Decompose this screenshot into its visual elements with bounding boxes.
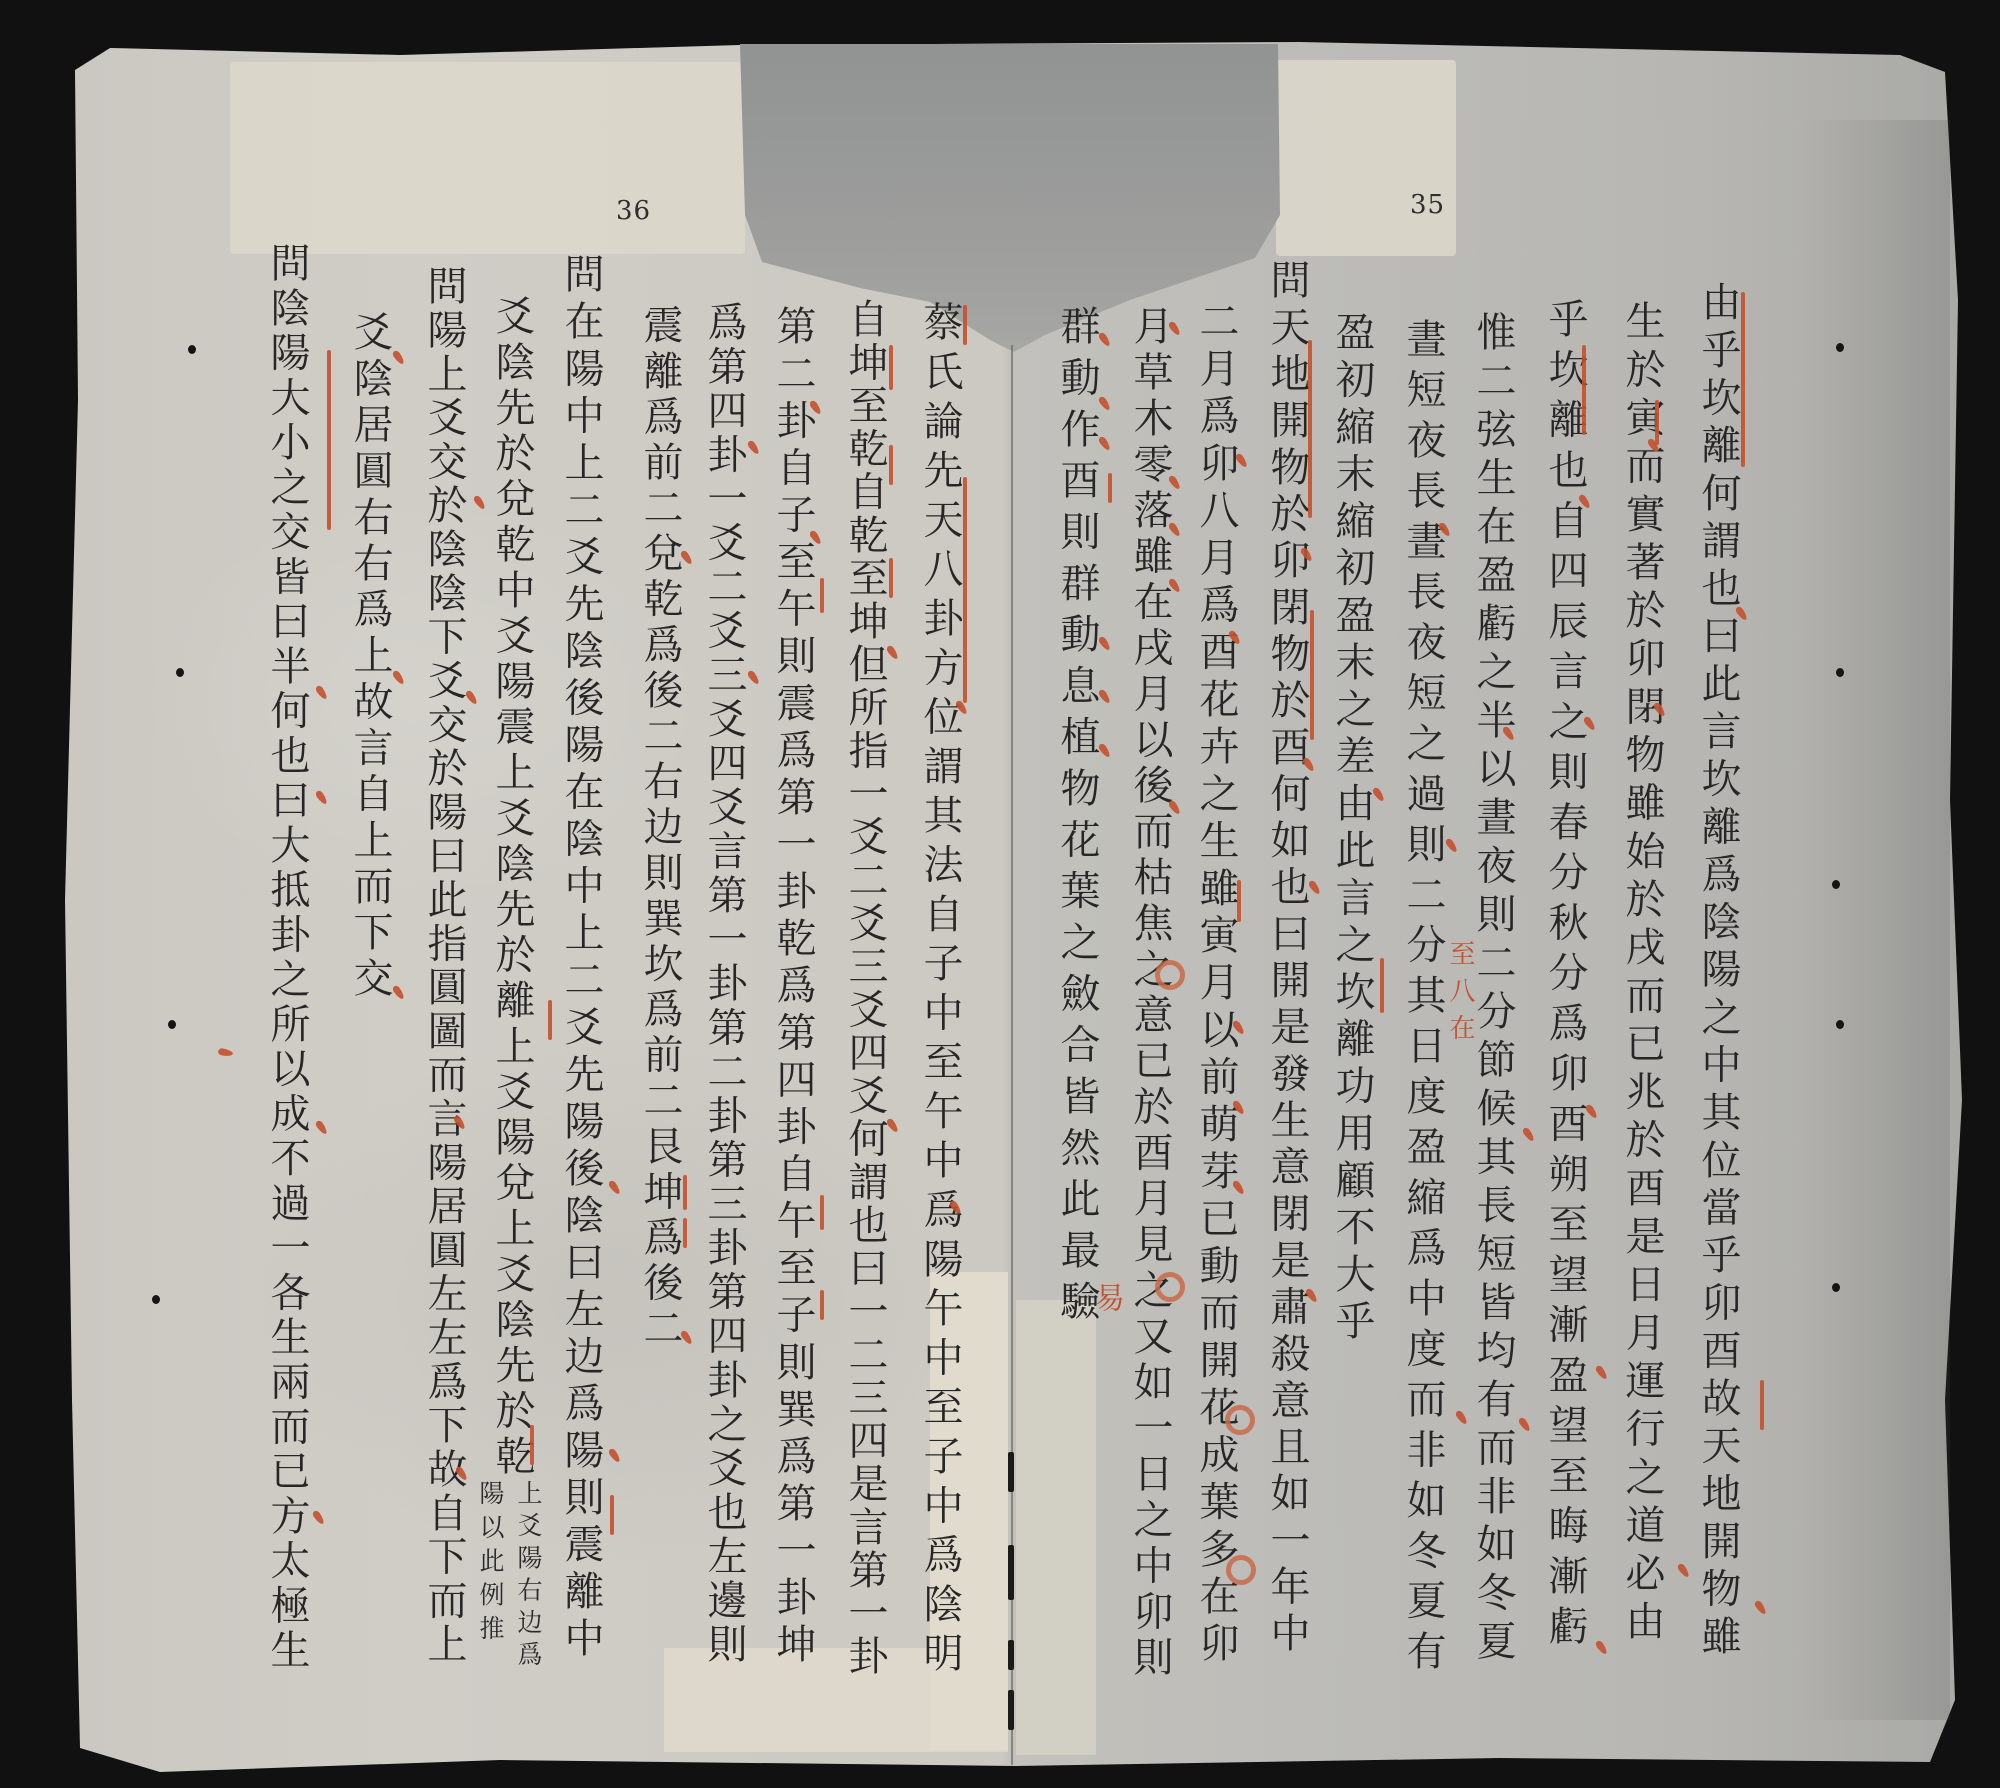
red-proper-noun-mark bbox=[548, 1000, 552, 1040]
red-proper-noun-mark bbox=[610, 1495, 614, 1535]
binding-hole bbox=[152, 1295, 160, 1304]
red-marginal-note: 易 bbox=[1092, 1282, 1120, 1312]
repair-patch-bottom-fold-right bbox=[1016, 1300, 1096, 1755]
red-proper-noun-mark bbox=[820, 578, 824, 613]
binding-hole bbox=[1832, 880, 1840, 889]
red-proper-noun-mark bbox=[683, 1218, 687, 1248]
interlinear-note-right: 上爻陽右边爲 bbox=[515, 1480, 541, 1666]
text-column: 二月爲卯八月爲酉花卉之生雖寅月以前萌芽已動而開花成葉多在卯 bbox=[1195, 300, 1237, 1662]
text-column: 月草木零落雖在戌月以後而枯焦之意已於酉月見之又如一日之中卯則 bbox=[1129, 305, 1171, 1676]
red-proper-noun-mark bbox=[820, 1290, 824, 1320]
red-proper-noun-mark bbox=[889, 345, 893, 390]
text-column: 爻陰居圓右右爲上故言自上而下交 bbox=[349, 311, 391, 997]
text-column: 盈初縮末縮初盈末之差由此言之坎離功用顧不大乎 bbox=[1331, 311, 1373, 1340]
repair-patch-top-right bbox=[1276, 60, 1456, 256]
page-number-right: 35 bbox=[1410, 190, 1445, 220]
text-column: 生於寅而實著於卯閉物雖始於戌而已兆於酉是日月運行之道必由 bbox=[1621, 300, 1663, 1640]
question-column: 問陰陽大小之交皆曰半何也曰大抵卦之所以成不過一各生兩而已方太極生 bbox=[266, 242, 308, 1669]
red-proper-noun-mark bbox=[1582, 345, 1586, 435]
red-proper-noun-mark bbox=[889, 558, 893, 598]
text-column: 震離爲前二兌乾爲後二右边則巽坎爲前二艮坤爲後二 bbox=[639, 304, 681, 1347]
red-proper-noun-mark bbox=[1655, 400, 1659, 445]
stitch-mark bbox=[1008, 1640, 1014, 1670]
red-proper-noun-mark bbox=[963, 477, 967, 703]
text-column: 第二卦自子至午則震爲第一卦乾爲第四卦自午至子則巽爲第一卦坤 bbox=[772, 305, 814, 1663]
red-circle-mark bbox=[1226, 1555, 1256, 1585]
binding-hole bbox=[1836, 1020, 1844, 1029]
question-column: 問天地開物於卯閉物於酉何如也曰開是發生意閉是肅殺意且如一年中 bbox=[1266, 259, 1308, 1652]
binding-hole bbox=[188, 345, 196, 354]
text-column: 蔡氏論先天八卦方位謂其法自子中至午中爲陽午中至子中爲陰明 bbox=[919, 301, 961, 1672]
text-column: 爲第四卦一爻二爻三爻四爻言第一卦第二卦第三卦第四卦之爻也左邊則 bbox=[703, 301, 745, 1663]
red-proper-noun-mark bbox=[530, 1425, 534, 1465]
red-proper-noun-mark bbox=[963, 305, 967, 345]
text-column: 晝短夜長晝長夜短之過則二分其日度盈縮爲中度而非如冬夏有 bbox=[1402, 318, 1444, 1670]
question-column: 問陽上爻交於陰陰下爻交於陽曰此指圓圖而言陽居圓左左爲下故自下而上 bbox=[423, 265, 465, 1663]
red-proper-noun-mark bbox=[1310, 610, 1314, 740]
stitch-mark bbox=[1008, 1690, 1014, 1730]
red-proper-noun-mark bbox=[1108, 473, 1112, 503]
red-circle-mark bbox=[1155, 960, 1185, 990]
red-circle-mark bbox=[1155, 1272, 1185, 1302]
red-proper-noun-mark bbox=[1380, 958, 1384, 1013]
text-column: 爻陰先於兌乾中爻陽震上爻陰先於離上爻陽兌上爻陰先於乾 bbox=[491, 295, 533, 1475]
page-number-left: 36 bbox=[616, 196, 651, 226]
red-proper-noun-mark bbox=[1760, 1380, 1764, 1430]
binding-hole bbox=[168, 1020, 176, 1029]
red-circle-mark bbox=[1225, 1405, 1255, 1435]
red-proper-noun-mark bbox=[1741, 292, 1745, 467]
text-column: 自坤至乾自乾至坤但所指一爻二爻三爻四爻何謂也曰一二三四是言第一卦 bbox=[844, 298, 886, 1675]
text-column: 由乎坎離何謂也曰此言坎離爲陰陽之中其位當乎卯酉故天地開物雖 bbox=[1697, 281, 1739, 1655]
red-proper-noun-mark bbox=[1308, 340, 1312, 518]
red-proper-noun-mark bbox=[889, 445, 893, 485]
stitch-mark bbox=[1008, 1452, 1014, 1492]
question-column: 問在陽中上二爻先陰後陽在陰中上二爻先陽後陰曰左边爲陽則震離中 bbox=[560, 253, 602, 1657]
red-interlinear-correction: 至八在 bbox=[1446, 940, 1474, 1040]
text-column: 群動作酉則群動息植物花葉之斂合皆然此最驗 bbox=[1056, 305, 1098, 1320]
stitch-mark bbox=[1008, 1545, 1014, 1600]
text-column: 惟二弦生在盈虧之半以晝夜則二分節候其長短皆均有而非如冬夏 bbox=[1472, 311, 1514, 1660]
interlinear-note-left: 陽以此例推 bbox=[477, 1480, 503, 1640]
page-shadow-right-edge bbox=[1800, 120, 1950, 1720]
red-proper-noun-mark bbox=[820, 1195, 824, 1230]
binding-hole bbox=[176, 668, 184, 677]
repair-patch-top-left bbox=[230, 62, 745, 254]
binding-hole bbox=[1836, 343, 1844, 352]
binding-hole bbox=[1832, 1283, 1840, 1292]
red-proper-noun-mark bbox=[1237, 880, 1241, 922]
red-proper-noun-mark bbox=[327, 350, 331, 530]
red-proper-noun-mark bbox=[683, 1175, 687, 1210]
binding-hole bbox=[1836, 668, 1844, 677]
